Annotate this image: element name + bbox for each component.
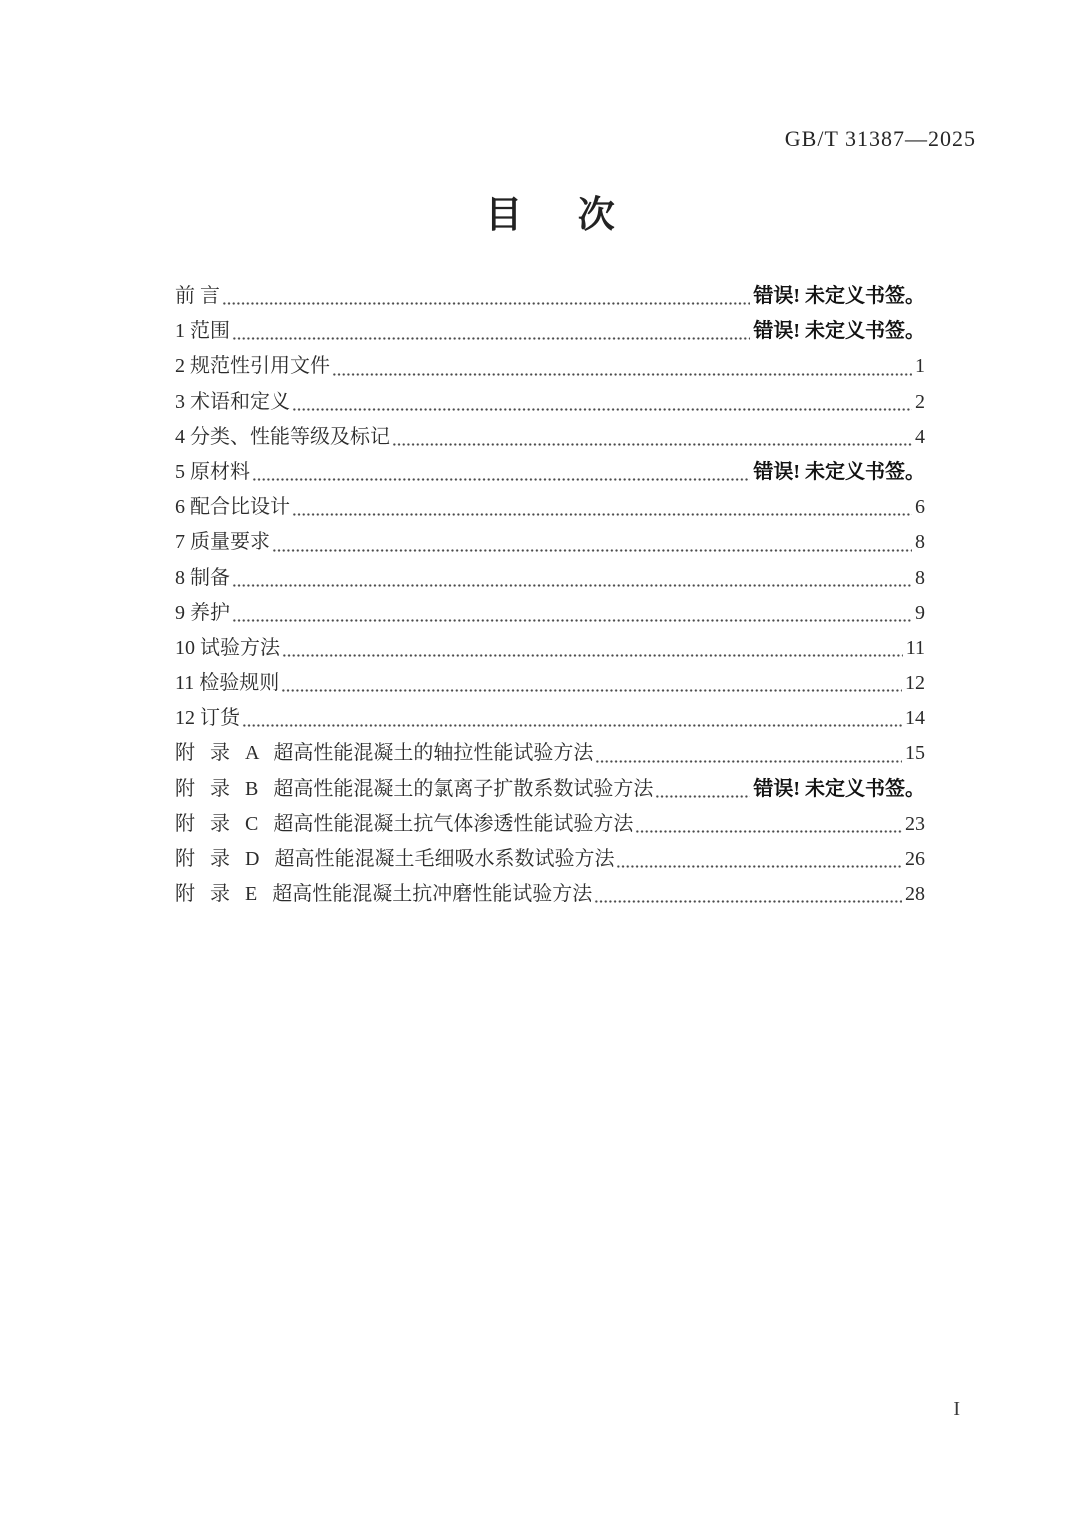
page-number: I bbox=[953, 1398, 960, 1421]
toc-entry-label: 5 原材料 bbox=[175, 455, 250, 490]
toc-entry-label: 11 检验规则 bbox=[175, 666, 279, 701]
toc-entry-label: 10 试验方法 bbox=[175, 631, 280, 666]
toc-entry-page: 8 bbox=[915, 561, 925, 596]
toc-entry: 9 养护9 bbox=[175, 596, 925, 631]
toc-entry-error-ref: 错误! 未定义书签。 bbox=[753, 455, 925, 490]
dot-leader bbox=[242, 701, 902, 736]
toc-list: 前 言错误! 未定义书签。1 范围错误! 未定义书签。2 规范性引用文件13 术… bbox=[175, 279, 925, 912]
toc-entry-page: 8 bbox=[915, 525, 925, 560]
dot-leader bbox=[232, 561, 912, 596]
dot-leader bbox=[292, 385, 912, 420]
dot-leader bbox=[252, 455, 750, 490]
toc-entry-label: 8 制备 bbox=[175, 561, 230, 596]
toc-entry-page: 26 bbox=[905, 842, 925, 877]
toc-entry: 2 规范性引用文件1 bbox=[175, 349, 925, 384]
toc-entry-label: 附 录 A 超高性能混凝土的轴拉性能试验方法 bbox=[175, 736, 593, 771]
toc-entry: 10 试验方法11 bbox=[175, 631, 925, 666]
dot-leader bbox=[222, 279, 750, 314]
toc-entry-label: 6 配合比设计 bbox=[175, 490, 290, 525]
dot-leader bbox=[282, 631, 903, 666]
document-page: GB/T 31387—2025 目 次 前 言错误! 未定义书签。1 范围错误!… bbox=[0, 0, 1080, 1527]
toc-entry: 6 配合比设计6 bbox=[175, 490, 925, 525]
toc-entry-page: 15 bbox=[905, 736, 925, 771]
toc-entry-error-ref: 错误! 未定义书签。 bbox=[753, 314, 925, 349]
toc-entry: 附 录 A 超高性能混凝土的轴拉性能试验方法15 bbox=[175, 736, 925, 771]
toc-entry-page: 12 bbox=[905, 666, 925, 701]
toc-entry-label: 前 言 bbox=[175, 279, 220, 314]
toc-entry-label: 4 分类、性能等级及标记 bbox=[175, 420, 390, 455]
toc-entry: 前 言错误! 未定义书签。 bbox=[175, 279, 925, 314]
toc-entry: 附 录 D 超高性能混凝土毛细吸水系数试验方法26 bbox=[175, 842, 925, 877]
toc-entry: 5 原材料错误! 未定义书签。 bbox=[175, 455, 925, 490]
dot-leader bbox=[635, 807, 902, 842]
toc-entry-page: 28 bbox=[905, 877, 925, 912]
dot-leader bbox=[232, 314, 750, 349]
toc-entry-error-ref: 错误! 未定义书签。 bbox=[753, 279, 925, 314]
toc-entry-page: 4 bbox=[915, 420, 925, 455]
standard-code: GB/T 31387—2025 bbox=[785, 126, 976, 152]
toc-entry-label: 1 范围 bbox=[175, 314, 230, 349]
dot-leader bbox=[616, 842, 902, 877]
dot-leader bbox=[332, 349, 912, 384]
toc-entry: 附 录 C 超高性能混凝土抗气体渗透性能试验方法23 bbox=[175, 807, 925, 842]
toc-entry-page: 6 bbox=[915, 490, 925, 525]
dot-leader bbox=[232, 596, 912, 631]
toc-entry-error-ref: 错误! 未定义书签。 bbox=[753, 772, 925, 807]
dot-leader bbox=[272, 525, 912, 560]
toc-entry-label: 9 养护 bbox=[175, 596, 230, 631]
toc-entry-label: 附 录 C 超高性能混凝土抗气体渗透性能试验方法 bbox=[175, 807, 633, 842]
toc-entry: 12 订货14 bbox=[175, 701, 925, 736]
toc-entry-label: 12 订货 bbox=[175, 701, 240, 736]
dot-leader bbox=[594, 877, 902, 912]
toc-entry: 8 制备8 bbox=[175, 561, 925, 596]
toc-title: 目 次 bbox=[175, 184, 925, 238]
toc-entry-page: 14 bbox=[905, 701, 925, 736]
toc-entry-label: 附 录 B 超高性能混凝土的氯离子扩散系数试验方法 bbox=[175, 772, 653, 807]
toc-entry-label: 3 术语和定义 bbox=[175, 385, 290, 420]
toc-entry-page: 23 bbox=[905, 807, 925, 842]
dot-leader bbox=[292, 490, 912, 525]
toc-entry-page: 1 bbox=[915, 349, 925, 384]
toc-entry-page: 9 bbox=[915, 596, 925, 631]
toc-entry-page: 2 bbox=[915, 385, 925, 420]
toc-entry-label: 2 规范性引用文件 bbox=[175, 349, 330, 384]
dot-leader bbox=[281, 666, 902, 701]
toc-entry: 3 术语和定义2 bbox=[175, 385, 925, 420]
dot-leader bbox=[595, 736, 902, 771]
toc-entry: 7 质量要求8 bbox=[175, 525, 925, 560]
toc-entry: 11 检验规则12 bbox=[175, 666, 925, 701]
toc-entry: 附 录 B 超高性能混凝土的氯离子扩散系数试验方法错误! 未定义书签。 bbox=[175, 772, 925, 807]
toc-entry: 附 录 E 超高性能混凝土抗冲磨性能试验方法28 bbox=[175, 877, 925, 912]
dot-leader bbox=[392, 420, 912, 455]
toc-entry-label: 附 录 D 超高性能混凝土毛细吸水系数试验方法 bbox=[175, 842, 614, 877]
dot-leader bbox=[655, 772, 750, 807]
toc-entry: 1 范围错误! 未定义书签。 bbox=[175, 314, 925, 349]
toc-entry: 4 分类、性能等级及标记4 bbox=[175, 420, 925, 455]
toc-entry-page: 11 bbox=[906, 631, 925, 666]
toc-entry-label: 7 质量要求 bbox=[175, 525, 270, 560]
toc-entry-label: 附 录 E 超高性能混凝土抗冲磨性能试验方法 bbox=[175, 877, 592, 912]
